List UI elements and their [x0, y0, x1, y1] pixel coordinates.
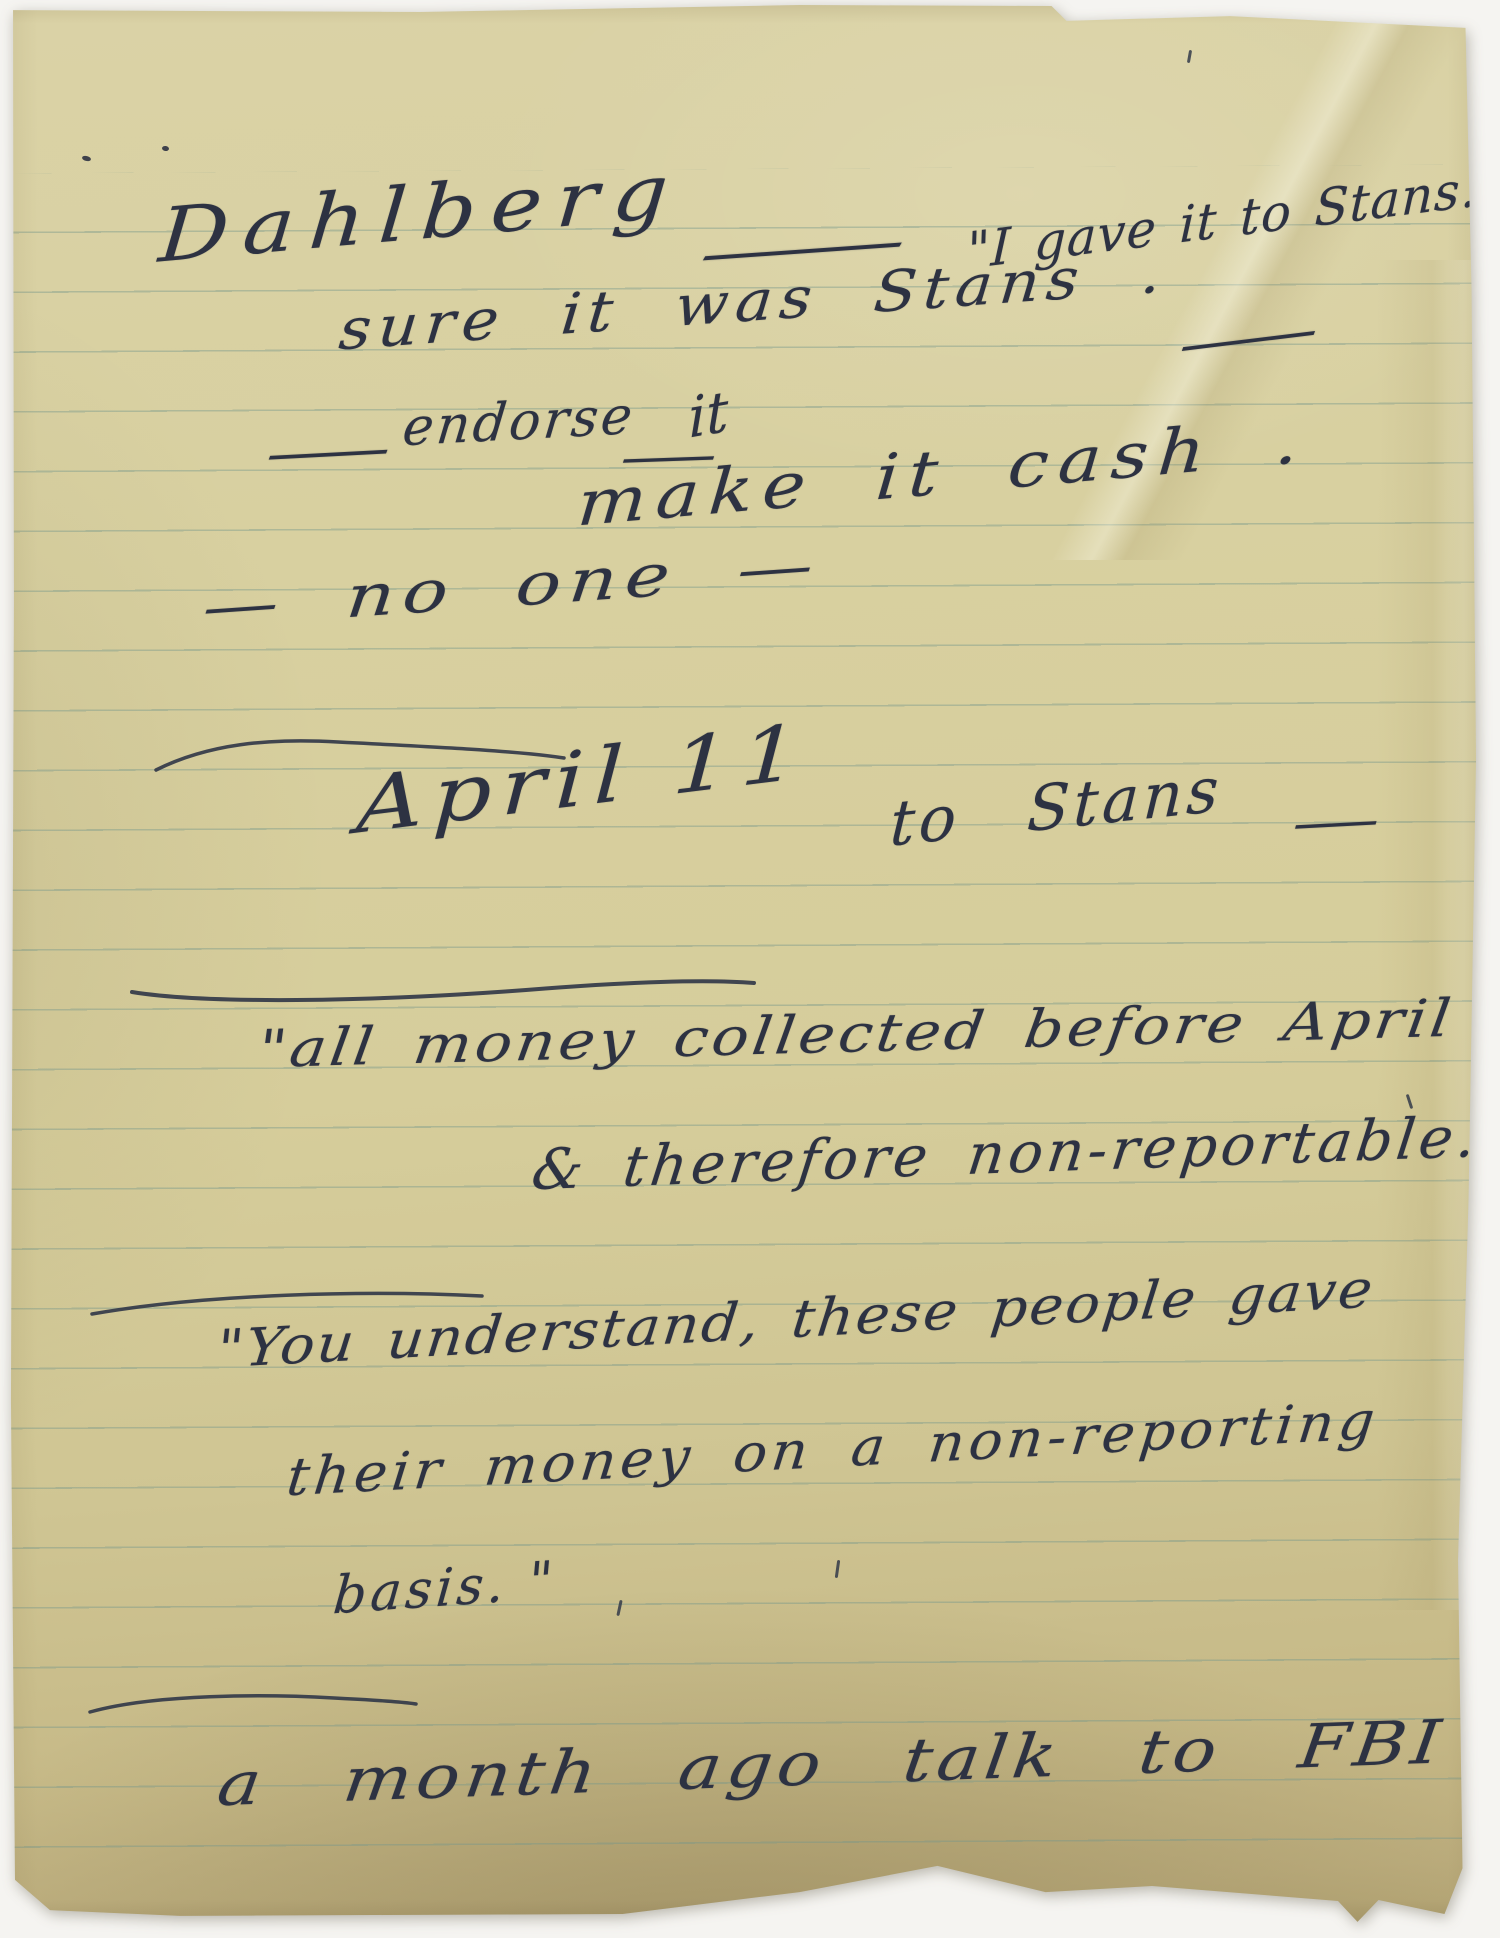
note-paper: Dahlberg — "I gave it to Stans." sure it… — [0, 0, 1500, 1938]
pen-stroke-separator — [126, 966, 761, 1010]
photo-background: Dahlberg — "I gave it to Stans." sure it… — [0, 0, 1500, 1938]
handwritten-dash: — — [1290, 791, 1381, 853]
note-paper-wrap: Dahlberg — "I gave it to Stans." sure it… — [0, 0, 1500, 1938]
handwritten-it: it — [688, 381, 729, 450]
pen-stroke-separator — [84, 1688, 422, 1720]
handwritten-endorse: endorse — [400, 388, 638, 458]
handwritten-dash: — — [262, 417, 394, 485]
